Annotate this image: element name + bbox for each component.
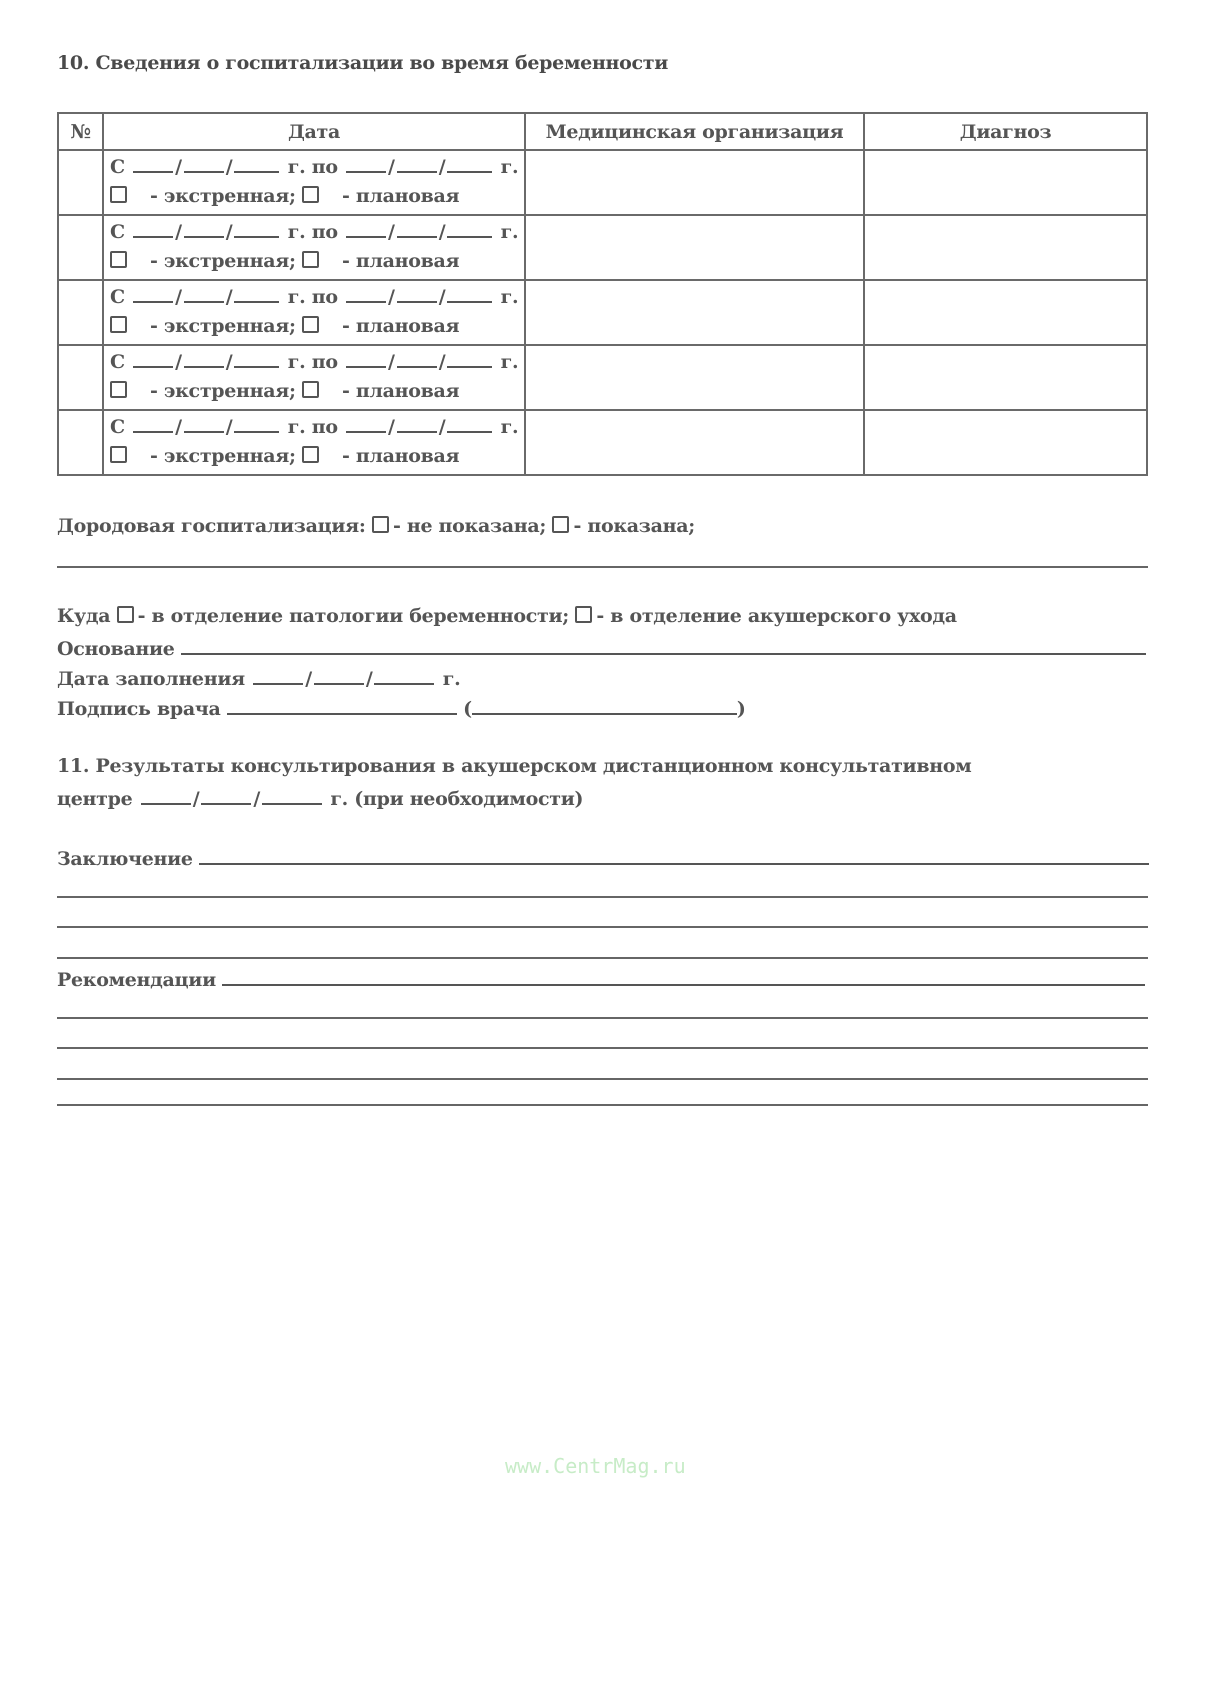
from-month-field[interactable]	[184, 348, 224, 368]
from-day-field[interactable]	[133, 283, 173, 303]
open-paren: (	[463, 698, 472, 720]
to-day-field[interactable]	[346, 413, 386, 433]
center-suffix: г. (при необходимости)	[330, 788, 583, 810]
obstetric-dept-checkbox[interactable]	[575, 606, 592, 623]
type-line: - экстренная; - плановая	[110, 442, 524, 471]
from-suffix: г. по	[288, 286, 338, 308]
watermark-text: www.CentrMag.ru	[505, 1454, 686, 1478]
prenatal-hospitalization-line: Дородовая госпитализация: - не показана;…	[57, 515, 695, 537]
fill-date-line: Дата заполнения // г.	[57, 665, 460, 690]
section-11-title: 11. Результаты консультирования в акушер…	[57, 755, 971, 777]
obstetric-dept-label: - в отделение акушерского ухода	[596, 605, 956, 627]
emergency-checkbox[interactable]	[110, 251, 127, 268]
cell-diagnosis[interactable]	[864, 410, 1147, 475]
emergency-checkbox[interactable]	[110, 316, 127, 333]
header-number: №	[58, 113, 103, 150]
cell-date: С // г. по // г. - экстренная; - планова…	[103, 410, 525, 475]
table-header-row: № Дата Медицинская организация Диагноз	[58, 113, 1147, 150]
basis-label: Основание	[57, 638, 175, 660]
from-month-field[interactable]	[184, 218, 224, 238]
table-row: С // г. по // г. - экстренная; - планова…	[58, 345, 1147, 410]
section-10-title: 10. Сведения о госпитализации во время б…	[57, 52, 668, 74]
from-suffix: г. по	[288, 156, 338, 178]
recommendations-line-2[interactable]	[57, 1017, 1148, 1019]
emergency-checkbox[interactable]	[110, 186, 127, 203]
where-label: Куда	[57, 605, 110, 627]
fill-date-suffix: г.	[443, 668, 461, 690]
table-row: С // г. по // г. - экстренная; - планова…	[58, 280, 1147, 345]
to-month-field[interactable]	[397, 348, 437, 368]
consult-center-date-line: центре // г. (при необходимости)	[57, 785, 583, 810]
conclusion-line-2[interactable]	[57, 896, 1148, 898]
emergency-label: - экстренная;	[150, 185, 296, 207]
pathology-dept-checkbox[interactable]	[117, 606, 134, 623]
recommendations-line: Рекомендации	[57, 966, 1148, 991]
fill-date-label: Дата заполнения	[57, 668, 245, 690]
from-prefix: С	[110, 286, 125, 308]
emergency-checkbox[interactable]	[110, 381, 127, 398]
planned-label: - плановая	[342, 250, 459, 272]
from-year-field[interactable]	[234, 153, 279, 173]
from-year-field[interactable]	[234, 283, 279, 303]
type-line: - экстренная; - плановая	[110, 312, 524, 341]
to-suffix: г.	[501, 416, 519, 438]
recommendations-line-5[interactable]	[57, 1104, 1148, 1106]
cell-date: С // г. по // г. - экстренная; - планова…	[103, 150, 525, 215]
table-row: С // г. по // г. - экстренная; - планова…	[58, 215, 1147, 280]
from-month-field[interactable]	[184, 283, 224, 303]
fill-month-field[interactable]	[314, 665, 364, 685]
to-day-field[interactable]	[346, 153, 386, 173]
planned-label: - плановая	[342, 185, 459, 207]
emergency-checkbox[interactable]	[110, 446, 127, 463]
planned-label: - плановая	[342, 315, 459, 337]
cell-date: С // г. по // г. - экстренная; - планова…	[103, 345, 525, 410]
planned-label: - плановая	[342, 380, 459, 402]
date-range-line: С // г. по // г.	[110, 348, 524, 377]
basis-field[interactable]	[181, 635, 1146, 655]
to-year-field[interactable]	[447, 218, 492, 238]
prenatal-notes-line[interactable]	[57, 566, 1148, 568]
from-suffix: г. по	[288, 351, 338, 373]
from-prefix: С	[110, 221, 125, 243]
from-year-field[interactable]	[234, 218, 279, 238]
fill-day-field[interactable]	[253, 665, 303, 685]
where-line: Куда - в отделение патологии беременност…	[57, 605, 957, 627]
to-suffix: г.	[501, 351, 519, 373]
consult-month-field[interactable]	[201, 785, 251, 805]
type-line: - экстренная; - плановая	[110, 247, 524, 276]
to-suffix: г.	[501, 156, 519, 178]
basis-line: Основание	[57, 635, 1148, 660]
consult-year-field[interactable]	[262, 785, 322, 805]
signature-field[interactable]	[227, 695, 457, 715]
to-year-field[interactable]	[447, 153, 492, 173]
recommendations-field[interactable]	[222, 966, 1145, 986]
cell-diagnosis[interactable]	[864, 150, 1147, 215]
conclusion-line: Заключение	[57, 845, 1148, 870]
emergency-label: - экстренная;	[150, 380, 296, 402]
cell-organization[interactable]	[525, 150, 864, 215]
cell-diagnosis[interactable]	[864, 215, 1147, 280]
cell-number[interactable]	[58, 410, 103, 475]
emergency-label: - экстренная;	[150, 250, 296, 272]
cell-organization[interactable]	[525, 215, 864, 280]
cell-number[interactable]	[58, 280, 103, 345]
cell-organization[interactable]	[525, 345, 864, 410]
from-day-field[interactable]	[133, 153, 173, 173]
header-date: Дата	[103, 113, 525, 150]
signature-name-field[interactable]	[472, 695, 737, 715]
to-month-field[interactable]	[397, 153, 437, 173]
close-paren: )	[737, 698, 746, 720]
date-range-line: С // г. по // г.	[110, 413, 524, 442]
table-row: С // г. по // г. - экстренная; - планова…	[58, 150, 1147, 215]
recommendations-line-4[interactable]	[57, 1078, 1148, 1080]
fill-year-field[interactable]	[374, 665, 434, 685]
from-day-field[interactable]	[133, 348, 173, 368]
to-month-field[interactable]	[397, 413, 437, 433]
planned-label: - плановая	[342, 445, 459, 467]
cell-organization[interactable]	[525, 410, 864, 475]
doctor-signature-line: Подпись врача ()	[57, 695, 746, 720]
conclusion-field[interactable]	[199, 845, 1149, 865]
header-organization: Медицинская организация	[525, 113, 864, 150]
to-day-field[interactable]	[346, 348, 386, 368]
date-range-line: С // г. по // г.	[110, 283, 524, 312]
from-day-field[interactable]	[133, 218, 173, 238]
recommendations-label: Рекомендации	[57, 969, 216, 991]
from-suffix: г. по	[288, 416, 338, 438]
center-label: центре	[57, 788, 132, 810]
date-range-line: С // г. по // г.	[110, 153, 524, 182]
planned-checkbox[interactable]	[302, 381, 319, 398]
to-day-field[interactable]	[346, 218, 386, 238]
to-suffix: г.	[501, 221, 519, 243]
conclusion-line-3[interactable]	[57, 926, 1148, 928]
to-month-field[interactable]	[397, 218, 437, 238]
from-prefix: С	[110, 156, 125, 178]
not-indicated-checkbox[interactable]	[372, 516, 389, 533]
from-month-field[interactable]	[184, 413, 224, 433]
from-year-field[interactable]	[234, 413, 279, 433]
emergency-label: - экстренная;	[150, 315, 296, 337]
hospitalization-table: № Дата Медицинская организация Диагноз С…	[57, 112, 1148, 476]
to-day-field[interactable]	[346, 283, 386, 303]
cell-number[interactable]	[58, 215, 103, 280]
from-year-field[interactable]	[234, 348, 279, 368]
planned-checkbox[interactable]	[302, 316, 319, 333]
to-suffix: г.	[501, 286, 519, 308]
planned-checkbox[interactable]	[302, 186, 319, 203]
conclusion-label: Заключение	[57, 848, 193, 870]
type-line: - экстренная; - плановая	[110, 182, 524, 211]
cell-organization[interactable]	[525, 280, 864, 345]
table-row: С // г. по // г. - экстренная; - планова…	[58, 410, 1147, 475]
to-year-field[interactable]	[447, 283, 492, 303]
emergency-label: - экстренная;	[150, 445, 296, 467]
from-prefix: С	[110, 351, 125, 373]
type-line: - экстренная; - плановая	[110, 377, 524, 406]
cell-diagnosis[interactable]	[864, 345, 1147, 410]
pathology-dept-label: - в отделение патологии беременности;	[138, 605, 569, 627]
to-month-field[interactable]	[397, 283, 437, 303]
from-prefix: С	[110, 416, 125, 438]
cell-number[interactable]	[58, 345, 103, 410]
cell-diagnosis[interactable]	[864, 280, 1147, 345]
from-suffix: г. по	[288, 221, 338, 243]
consult-day-field[interactable]	[141, 785, 191, 805]
conclusion-line-4[interactable]	[57, 957, 1148, 959]
from-month-field[interactable]	[184, 153, 224, 173]
prenatal-label: Дородовая госпитализация:	[57, 515, 366, 537]
planned-checkbox[interactable]	[302, 251, 319, 268]
cell-date: С // г. по // г. - экстренная; - планова…	[103, 215, 525, 280]
indicated-checkbox[interactable]	[552, 516, 569, 533]
recommendations-line-3[interactable]	[57, 1047, 1148, 1049]
date-range-line: С // г. по // г.	[110, 218, 524, 247]
to-year-field[interactable]	[447, 413, 492, 433]
to-year-field[interactable]	[447, 348, 492, 368]
signature-label: Подпись врача	[57, 698, 220, 720]
cell-date: С // г. по // г. - экстренная; - планова…	[103, 280, 525, 345]
from-day-field[interactable]	[133, 413, 173, 433]
cell-number[interactable]	[58, 150, 103, 215]
header-diagnosis: Диагноз	[864, 113, 1147, 150]
not-indicated-label: - не показана;	[393, 515, 546, 537]
planned-checkbox[interactable]	[302, 446, 319, 463]
indicated-label: - показана;	[573, 515, 694, 537]
